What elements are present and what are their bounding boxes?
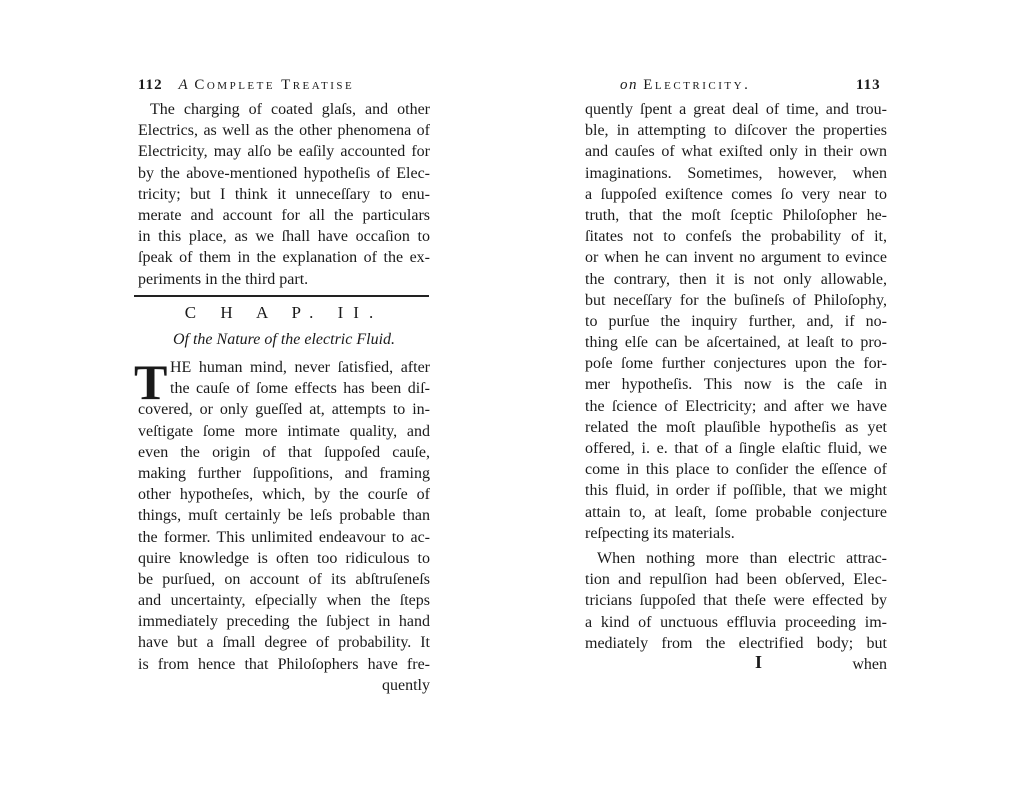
signature-mark: I [755, 652, 762, 673]
text-line: merate and account for all the particula… [138, 205, 430, 226]
text-line: tion and repulſion had been obſerved, El… [585, 569, 887, 590]
chapter-title: C H A P. II. [138, 303, 430, 323]
text-line: covered, or only gueſſed at, attempts to… [138, 399, 430, 420]
catchword: when [585, 654, 887, 675]
text-line: The charging of coated glaſs, and other [138, 99, 430, 120]
text-line: ble, in attempting to diſcover the prope… [585, 120, 887, 141]
text-line: veſtigate ſome more intimate quality, an… [138, 421, 430, 442]
text-line: come in this place to conſider the eſſen… [585, 459, 887, 480]
text-line: other hypotheſes, which, by the courſe o… [138, 484, 430, 505]
text-line: and cauſes of what exiſted only in their… [585, 141, 887, 162]
text-line: this fluid, in order if poſſible, that w… [585, 480, 887, 501]
text-line: or when he can invent no argument to evi… [585, 247, 887, 268]
text-line: is from hence that Philoſophers have fre… [138, 654, 430, 675]
text-line: and uncertainty, eſpecially when the ſte… [138, 590, 430, 611]
text-line: to purſue the inquiry further, and, if n… [585, 311, 887, 332]
text-line: immediately preceding the ſubject in han… [138, 611, 430, 632]
text-line: When nothing more than electric attrac- [585, 548, 887, 569]
text-line: truth, that the moſt ſceptic Philoſopher… [585, 205, 887, 226]
text-line: things, muſt certainly be leſs probable … [138, 505, 430, 526]
text-line: even the origin of that ſuppoſed cauſe, [138, 442, 430, 463]
running-head-right: on Electricity. 113 [620, 77, 750, 97]
text-line: thing elſe can be aſcertained, at leaſt … [585, 332, 887, 353]
text-line: ſpeak of them in the explanation of the … [138, 247, 430, 268]
running-head-title: Complete Treatise [194, 77, 354, 93]
text-line: tricity; but I think it unneceſſary to e… [138, 184, 430, 205]
running-head-title: Electricity. [643, 77, 750, 93]
text-line: tricians ſuppoſed that theſe were effect… [585, 590, 887, 611]
paragraph-1: quently ſpent a great deal of time, and … [585, 99, 887, 544]
running-head-left: 112 A Complete Treatise [138, 77, 354, 97]
text-line: poſe ſome further conjectures upon the f… [585, 353, 887, 374]
text-line: quire knowledge is often too ridiculous … [138, 548, 430, 569]
chapter-subtitle: Of the Nature of the electric Fluid. [138, 331, 430, 349]
text-line: related the moſt plauſible hypotheſis as… [585, 417, 887, 438]
catchword: quently [138, 675, 430, 696]
text-line: a ſuppoſed exiſtence comes ſo very near … [585, 184, 887, 205]
text-line: the ſcience of Electricity; and after we… [585, 396, 887, 417]
section-divider-rule [134, 295, 429, 297]
text-line: the contrary, then it is not only allowa… [585, 269, 887, 290]
paragraph-2: When nothing more than electric attrac- … [585, 548, 887, 675]
page-number: 113 [856, 77, 881, 94]
text-line: Electrics, as well as the other phenomen… [138, 120, 430, 141]
text-line: ſitates not to confeſs the probability o… [585, 226, 887, 247]
text-line: HE human mind, never ſatisfied, after [138, 357, 430, 378]
text-line: quently ſpent a great deal of time, and … [585, 99, 887, 120]
text-line: periments in the third part. [138, 269, 430, 290]
text-line: offered, i. e. that of a ſingle elaſtic … [585, 438, 887, 459]
text-line: the former. This unlimited endeavour to … [138, 527, 430, 548]
text-line: have but a ſmall degree of probability. … [138, 632, 430, 653]
paragraph-2: HE human mind, never ſatisfied, after th… [138, 357, 430, 696]
text-line: by the above-mentioned hypotheſis of Ele… [138, 163, 430, 184]
text-line: the cauſe of ſome effects has been diſ- [138, 378, 430, 399]
text-line: attain to, at leaſt, ſome probable conje… [585, 502, 887, 523]
text-line: Electricity, may alſo be eaſily accounte… [138, 141, 430, 162]
text-line: but neceſſary for the buſineſs of Philoſ… [585, 290, 887, 311]
page-number: 112 [138, 77, 163, 93]
running-head-prefix: on [620, 77, 638, 93]
text-line: in this place, as we ſhall have occaſion… [138, 226, 430, 247]
text-line: be purſued, on account of its abſtruſene… [138, 569, 430, 590]
text-line: making further ſuppoſitions, and framing [138, 463, 430, 484]
paragraph-1: The charging of coated glaſs, and other … [138, 99, 430, 290]
text-line: mediately from the electrified body; but [585, 633, 887, 654]
text-line: a kind of unctuous effluvia proceeding i… [585, 612, 887, 633]
text-line: reſpecting its materials. [585, 523, 887, 544]
text-line: mer hypotheſis. This now is the caſe in [585, 374, 887, 395]
running-head-prefix: A [178, 77, 189, 93]
text-line: imaginations. Sometimes, however, when [585, 163, 887, 184]
